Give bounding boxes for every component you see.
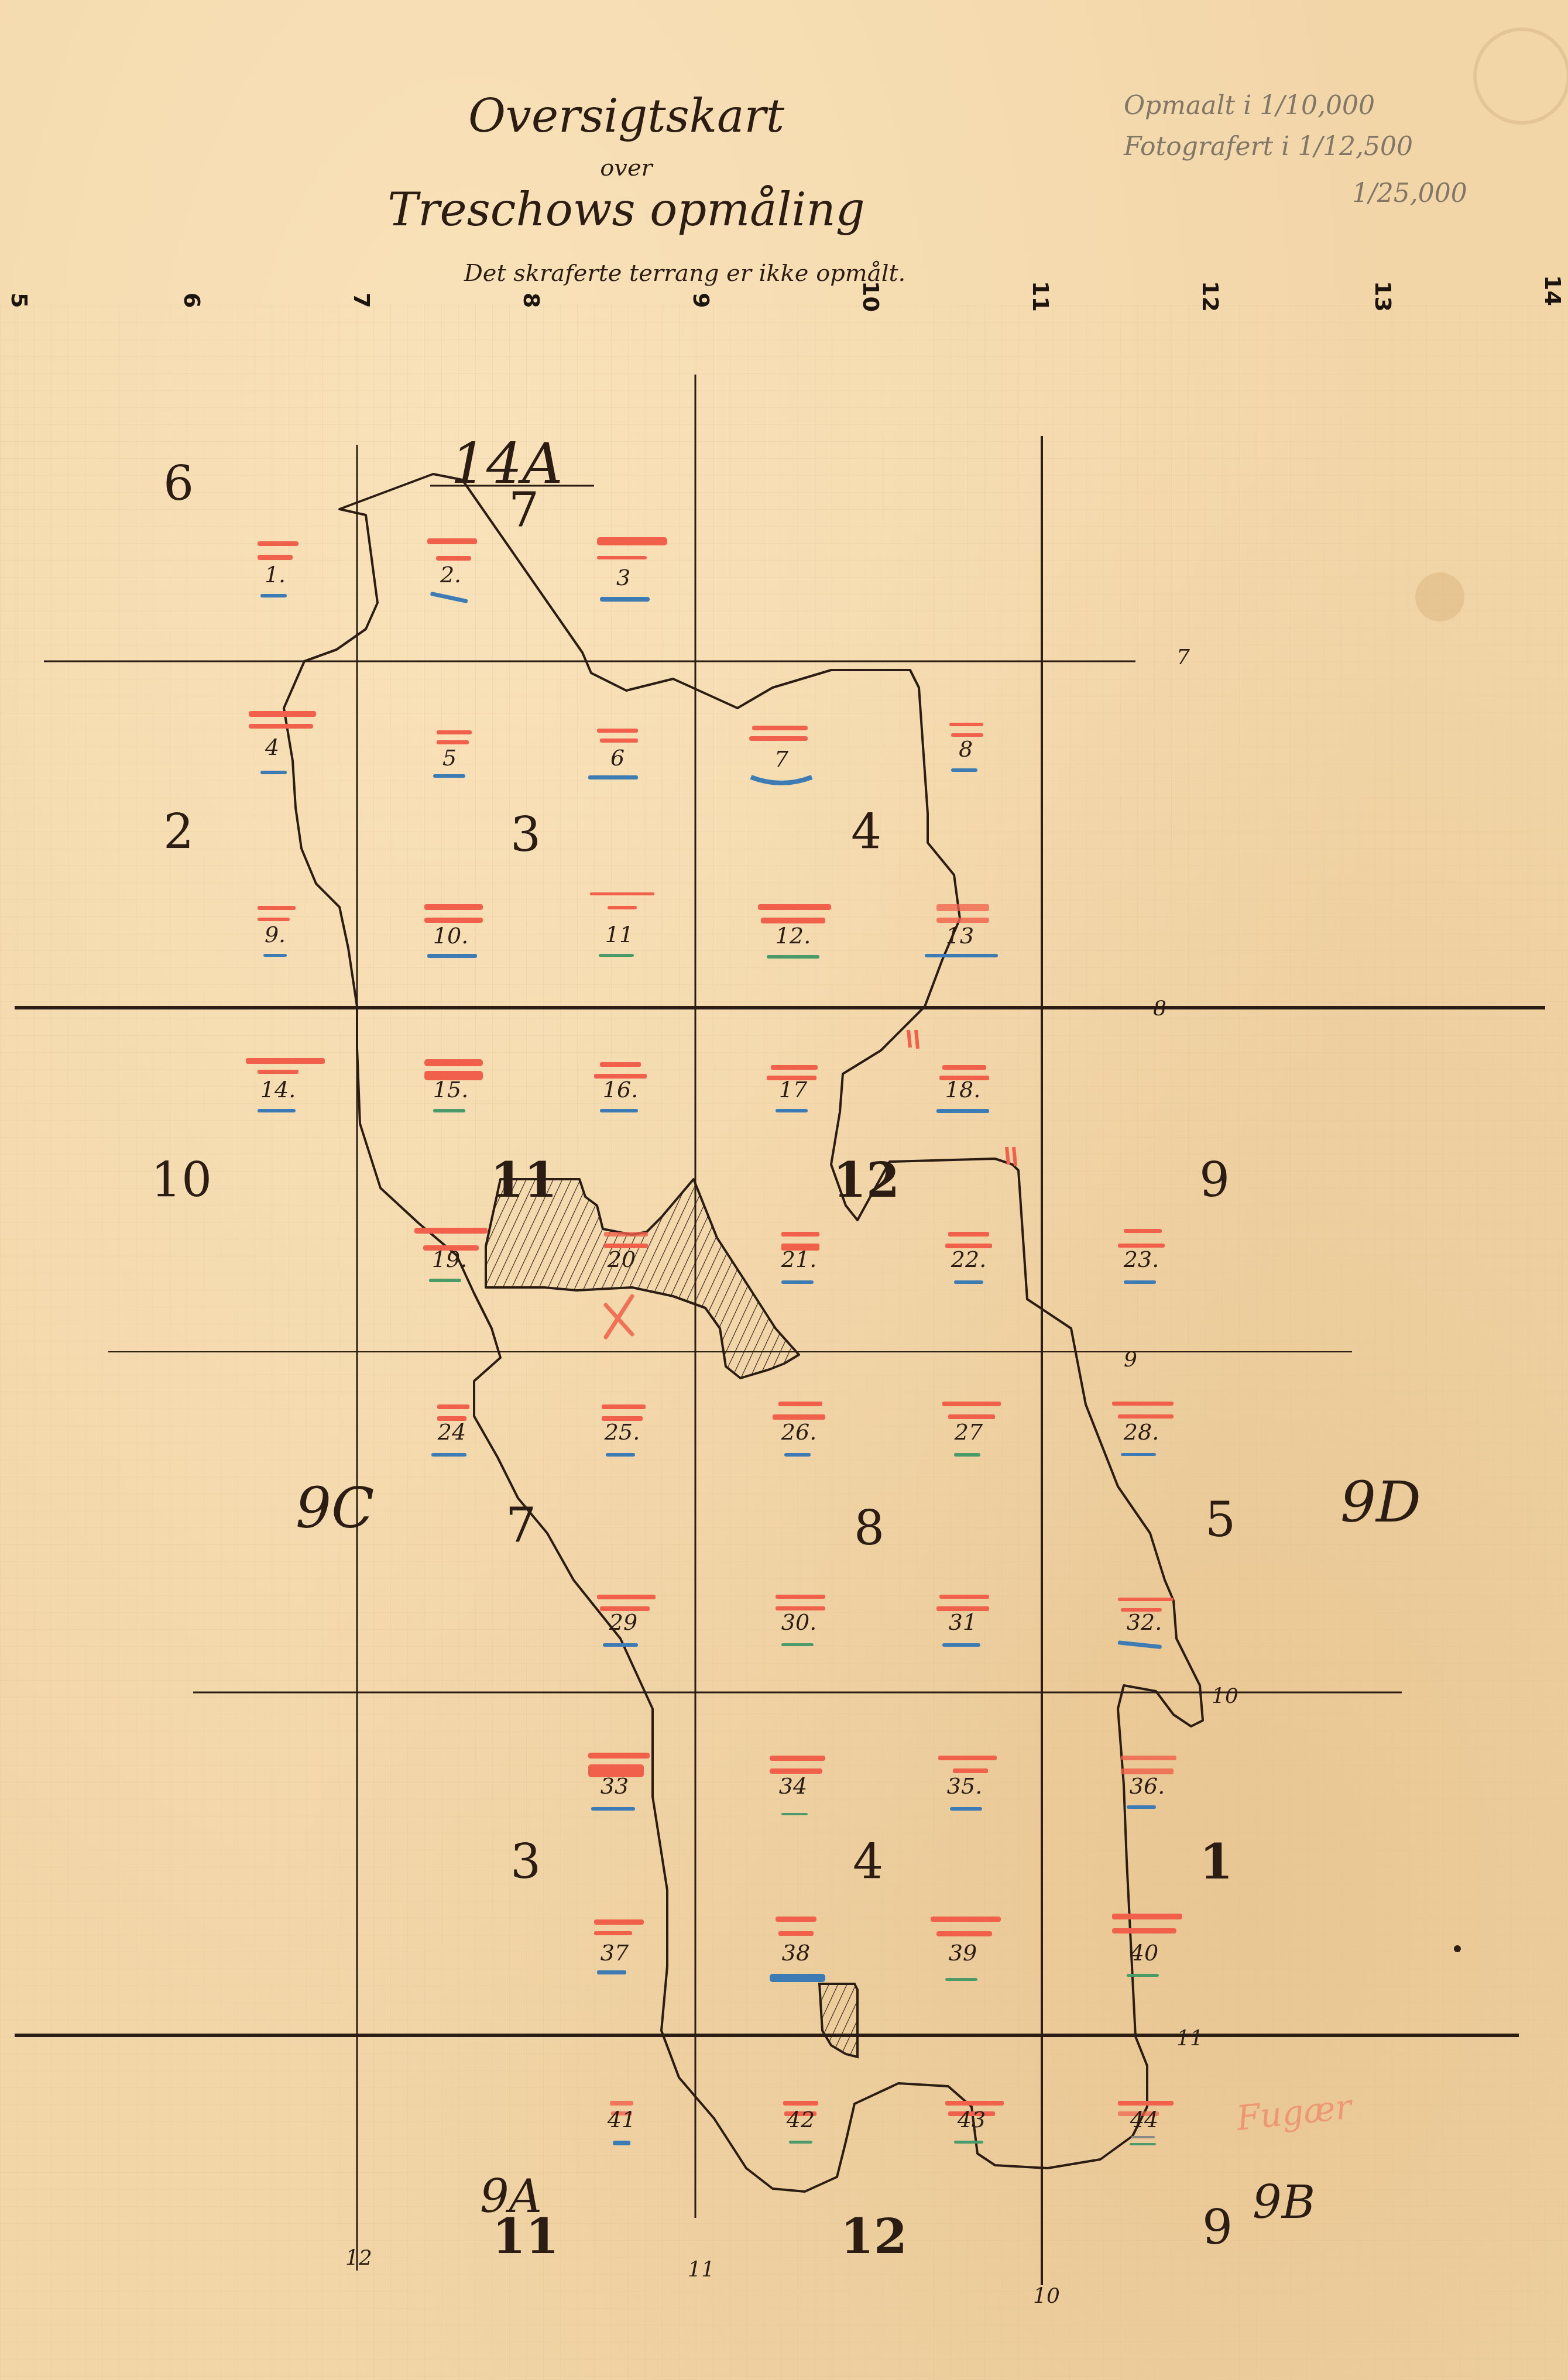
pencil-note-photo-scale: Fotografert i 1/12,500 (1123, 132, 1413, 162)
tick-13: 13 (1370, 281, 1396, 312)
tick-9: 9 (688, 293, 714, 308)
svg-text:42: 42 (786, 2107, 815, 2132)
svg-text:35.: 35. (947, 1773, 982, 1799)
map-canvas: Oversigtskart over Treschows opmåling De… (0, 0, 1568, 2380)
svg-text:9.: 9. (265, 922, 286, 947)
title-block: Oversigtskart over Treschows opmåling De… (387, 90, 905, 287)
svg-text:13: 13 (946, 923, 974, 949)
series-label-9C: 9C (296, 1475, 375, 1541)
map-title-connector: over (600, 154, 654, 181)
svg-text:16.: 16. (603, 1077, 638, 1103)
tick-14: 14 (1540, 275, 1566, 306)
sheet-7-mid: 7 (506, 1498, 536, 1554)
sheet-4-top: 4 (851, 805, 881, 860)
svg-text:38: 38 (782, 1940, 810, 1966)
sheet-9: 9 (1199, 1153, 1230, 1208)
svg-text:11: 11 (605, 922, 633, 947)
sheet-4-low: 4 (853, 1835, 883, 1890)
svg-text:22.: 22. (951, 1246, 986, 1272)
svg-text:3: 3 (616, 565, 630, 590)
series-label-9D: 9D (1340, 1469, 1421, 1535)
paper-stain (1415, 572, 1464, 621)
map-sheet: Oversigtskart over Treschows opmåling De… (0, 0, 1568, 2380)
svg-text:29: 29 (609, 1609, 637, 1635)
svg-text:33: 33 (601, 1773, 629, 1799)
sheet-5: 5 (1205, 1492, 1236, 1548)
svg-text:23.: 23. (1123, 1246, 1159, 1272)
tick-5: 5 (6, 293, 32, 308)
row-label-11: 11 (1176, 2027, 1203, 2051)
svg-text:1.: 1. (265, 562, 286, 588)
series-label-9B: 9B (1253, 2176, 1315, 2229)
bottom-label-10: 10 (1033, 2284, 1060, 2308)
pencil-scale-notes: Opmaalt i 1/10,000 Fotografert i 1/12,50… (1123, 91, 1467, 208)
pencil-note-survey-scale: Opmaalt i 1/10,000 (1124, 91, 1375, 121)
paper-stain-ring (1475, 29, 1568, 123)
svg-text:20: 20 (607, 1246, 636, 1272)
tick-6: 6 (179, 293, 205, 308)
svg-text:36.: 36. (1130, 1773, 1165, 1799)
svg-text:26.: 26. (781, 1419, 816, 1445)
tick-11: 11 (1028, 281, 1054, 312)
svg-text:32.: 32. (1127, 1609, 1162, 1635)
row-label-10: 10 (1212, 1684, 1238, 1708)
svg-text:18.: 18. (945, 1077, 980, 1103)
svg-text:24: 24 (437, 1419, 466, 1445)
svg-text:7: 7 (774, 746, 789, 772)
map-subtitle: Det skraferte terrang er ikke opmålt. (464, 260, 905, 287)
svg-text:25.: 25. (604, 1419, 640, 1445)
series-label-9A: 9A (480, 2170, 542, 2223)
row-label-8: 8 (1153, 997, 1166, 1021)
sheet-11-mid: 11 (490, 1152, 557, 1208)
svg-text:43: 43 (957, 2107, 986, 2132)
sheet-9-bot: 9 (1202, 2200, 1233, 2256)
pencil-note-scale-25000: 1/25,000 (1352, 178, 1467, 208)
row-label-9: 9 (1124, 1348, 1137, 1372)
svg-text:39: 39 (949, 1940, 977, 1966)
svg-text:17: 17 (779, 1077, 808, 1103)
svg-text:30.: 30. (781, 1609, 816, 1635)
map-title: Oversigtskart (468, 90, 785, 143)
svg-text:2.: 2. (440, 562, 461, 588)
ink-dot (1454, 1945, 1461, 1952)
svg-text:21.: 21. (781, 1246, 816, 1272)
tick-10: 10 (858, 281, 884, 312)
svg-text:8: 8 (959, 736, 973, 762)
svg-text:40: 40 (1130, 1940, 1158, 1966)
sheet-6: 6 (163, 456, 194, 512)
bottom-label-11: 11 (688, 2258, 715, 2282)
sheet-12-bot: 12 (840, 2209, 907, 2265)
svg-text:37: 37 (601, 1940, 629, 1966)
svg-text:34: 34 (779, 1773, 807, 1799)
svg-text:28.: 28. (1123, 1419, 1159, 1445)
svg-text:27: 27 (954, 1419, 983, 1445)
svg-text:14.: 14. (260, 1077, 296, 1103)
svg-text:6: 6 (610, 745, 625, 771)
svg-text:41: 41 (607, 2107, 636, 2132)
svg-text:31: 31 (949, 1609, 977, 1635)
sheet-3-top: 3 (510, 808, 541, 863)
svg-text:12.: 12. (776, 923, 811, 949)
tick-12: 12 (1198, 281, 1223, 312)
sheet-1: 1 (1199, 1834, 1233, 1890)
svg-text:19.: 19. (432, 1246, 467, 1272)
tick-8: 8 (519, 293, 544, 308)
sheet-3-low: 3 (510, 1835, 541, 1890)
sheet-8: 8 (854, 1501, 884, 1557)
svg-text:44: 44 (1130, 2107, 1158, 2132)
sheet-2: 2 (163, 805, 194, 860)
bottom-label-12: 12 (345, 2246, 372, 2270)
tick-7: 7 (349, 293, 375, 308)
svg-text:5: 5 (442, 745, 457, 771)
sheet-12-mid: 12 (833, 1152, 900, 1208)
map-title-subject: Treschows opmåling (387, 184, 864, 236)
row-label-7: 7 (1176, 645, 1190, 669)
sheet-10: 10 (151, 1153, 212, 1208)
svg-text:4: 4 (265, 734, 279, 760)
svg-text:15.: 15. (433, 1077, 468, 1103)
svg-text:10.: 10. (433, 923, 468, 949)
